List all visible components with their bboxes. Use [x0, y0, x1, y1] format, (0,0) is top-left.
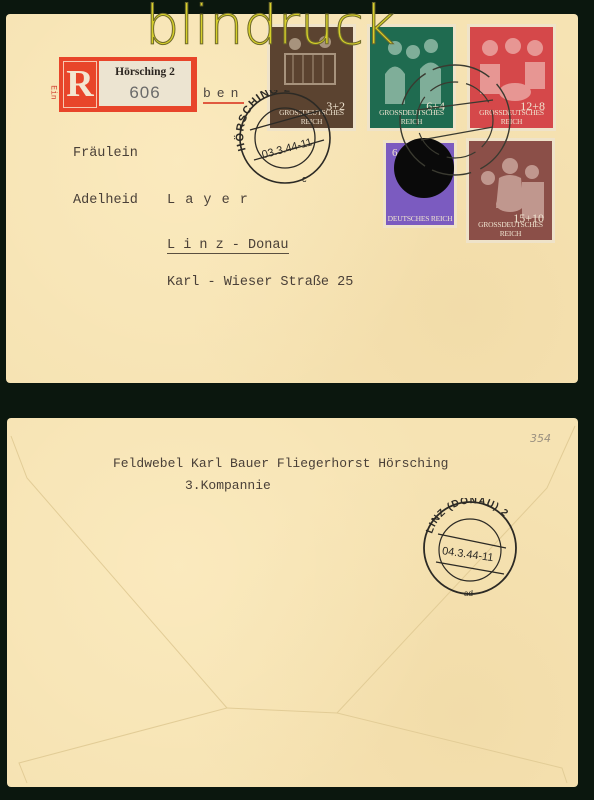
stamp-country: GROSSDEUTSCHES REICH — [469, 220, 552, 238]
envelope-flap-lines — [7, 418, 578, 787]
address-last-name: L a y e r — [167, 193, 249, 208]
stamp-country: DEUTSCHES REICH — [386, 214, 454, 223]
side-mark: Ein — [49, 85, 58, 99]
registration-info: Hörsching 2 606 — [99, 61, 191, 106]
sender-line-2: 3.Kompannie — [185, 478, 271, 493]
address-street: Karl - Wieser Straße 25 — [167, 275, 353, 290]
registration-post-office: Hörsching 2 — [99, 66, 191, 78]
partial-word: ben — [203, 86, 244, 104]
address-first-name: Adelheid — [73, 193, 138, 208]
address-city: L i n z - Donau — [167, 238, 289, 254]
stamp-5: 15+10 GROSSDEUTSCHES REICH — [469, 141, 552, 240]
address-salutation: Fräulein — [73, 146, 138, 161]
sender-line-1: Feldwebel Karl Bauer Fliegerhorst Hörsch… — [113, 456, 448, 471]
registration-label: R Hörsching 2 606 — [59, 57, 197, 112]
envelope-back — [7, 418, 578, 787]
watermark: blindruck — [145, 0, 395, 56]
pencil-note: 354 — [530, 432, 551, 445]
stamp-country: GROSSDEUTSCHES REICH — [270, 108, 353, 126]
stamp-country: GROSSDEUTSCHES REICH — [370, 108, 453, 126]
stamp-3: 12+8 GROSSDEUTSCHES REICH — [470, 27, 553, 128]
registration-number: 606 — [99, 83, 191, 103]
obscured-portrait — [394, 138, 454, 198]
registration-letter: R — [63, 61, 97, 108]
stamp-country: GROSSDEUTSCHES REICH — [470, 108, 553, 126]
